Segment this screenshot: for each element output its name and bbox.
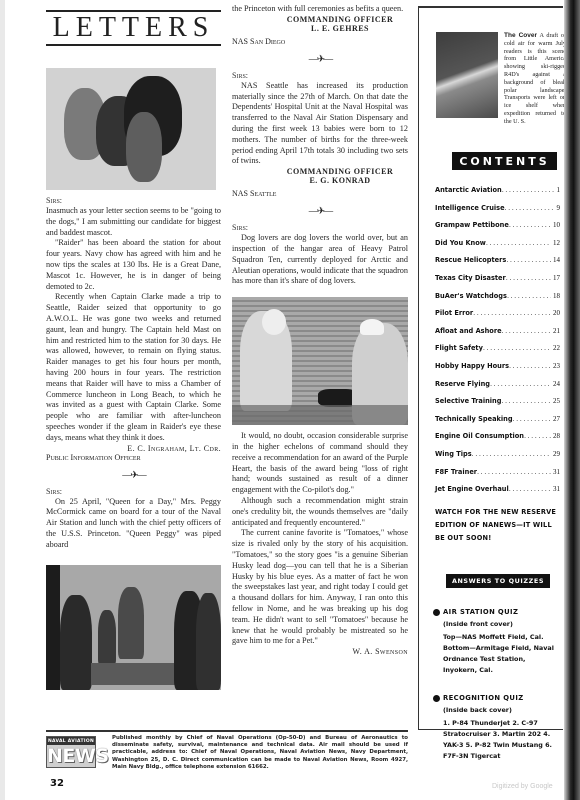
letter-signature: E. C. Ingraham, Lt. Cdr. xyxy=(46,444,221,453)
letter-paragraph: The current canine favorite is "Tomatoes… xyxy=(232,528,408,647)
toc-title: Jet Engine Overhaul xyxy=(435,485,509,493)
toc-page: 1 xyxy=(557,186,561,194)
letter-signature: COMMANDING OFFICER xyxy=(232,15,408,24)
toc-leader xyxy=(506,274,551,282)
section-title: LETTERS xyxy=(53,14,215,42)
toc-title: Wing Tips xyxy=(435,450,472,458)
toc-title: Flight Safety xyxy=(435,344,483,352)
letter-body: Dog lovers are dog lovers the world over… xyxy=(232,233,408,287)
toc-page: 20 xyxy=(553,309,560,317)
toc-page: 12 xyxy=(553,239,560,247)
toc-leader xyxy=(473,309,551,317)
toc-title: Rescue Helicopters xyxy=(435,256,506,264)
toc-leader xyxy=(507,292,551,300)
toc-title: Technically Speaking xyxy=(435,415,513,423)
toc-page: 10 xyxy=(553,221,560,229)
toc-item[interactable]: Intelligence Cruise9 xyxy=(435,204,560,222)
quiz-answer: Top—NAS Moffett Field, Cal. Bottom—Armit… xyxy=(433,632,561,676)
toc-item[interactable]: Flight Safety22 xyxy=(435,344,560,362)
letter-salutation: Sirs: xyxy=(46,487,221,496)
quiz-answer-block: AIR STATION QUIZ (Inside front cover) To… xyxy=(433,608,561,676)
quiz-heading: AIR STATION QUIZ xyxy=(433,608,561,616)
quiz-location: (Inside front cover) xyxy=(433,620,561,628)
letter-salutation: Sirs: xyxy=(232,71,408,80)
toc-page: 28 xyxy=(553,432,560,440)
letter-body: NAS Seattle has increased its production… xyxy=(232,81,408,167)
letter-signature: COMMANDING OFFICER xyxy=(232,167,408,176)
toc-item[interactable]: Selective Training25 xyxy=(435,397,560,415)
cover-label: The Cover xyxy=(504,32,537,39)
toc-page: 21 xyxy=(553,327,560,335)
toc-title: Reserve Flying xyxy=(435,380,490,388)
letter-paragraph: Dog lovers are dog lovers the world over… xyxy=(232,233,408,287)
toc-leader xyxy=(506,256,551,264)
letter-paragraph: On 25 April, "Queen for a Day," Mrs. Peg… xyxy=(46,497,221,551)
toc-item[interactable]: Technically Speaking27 xyxy=(435,415,560,433)
letter-body: It would, no doubt, occasion considerabl… xyxy=(232,431,408,647)
toc-leader xyxy=(490,380,551,388)
digitized-watermark: Digitized by Google xyxy=(492,783,553,790)
logo-top-text: NAVAL AVIATION xyxy=(47,737,95,745)
page-number: 32 xyxy=(50,778,64,789)
cover-photo xyxy=(436,32,498,118)
toc-title: Pilot Error xyxy=(435,309,473,317)
naval-aviation-news-logo: NAVAL AVIATION NEWS xyxy=(46,736,96,768)
toc-title: Hobby Happy Hours xyxy=(435,362,509,370)
plane-ornament-icon: —✈— xyxy=(232,54,408,65)
toc-page: 27 xyxy=(553,415,560,423)
letter-body: the Princeton with full ceremonies as be… xyxy=(232,4,408,15)
toc-page: 31 xyxy=(553,468,560,476)
reserve-edition-notice: WATCH FOR THE NEW RESERVE EDITION OF NAN… xyxy=(435,506,561,545)
letter-salutation: Sirs: xyxy=(232,223,408,232)
quiz-answer-block: RECOGNITION QUIZ (Inside back cover) 1. … xyxy=(433,694,561,762)
plane-ornament-icon: —✈— xyxy=(232,206,408,217)
photo-dogs xyxy=(46,68,216,190)
section-header: LETTERS xyxy=(46,10,221,46)
toc-title: Grampaw Pettibone xyxy=(435,221,509,229)
cover-block: The Cover A draft of cold air for warm J… xyxy=(436,32,566,126)
letter-signature: W. A. Swenson xyxy=(232,647,408,656)
letter-paragraph: the Princeton with full ceremonies as be… xyxy=(232,4,408,15)
toc-title: Selective Training xyxy=(435,397,501,405)
toc-title: Afloat and Ashore xyxy=(435,327,502,335)
contents-title: CONTENTS xyxy=(452,152,557,170)
publication-notice: Published monthly by Chief of Naval Oper… xyxy=(112,735,408,771)
toc-leader xyxy=(509,221,551,229)
toc-leader xyxy=(509,362,551,370)
logo-main-text: NEWS xyxy=(47,745,95,767)
toc-item[interactable]: Did You Know12 xyxy=(435,239,560,257)
toc-item[interactable]: Wing Tips29 xyxy=(435,450,560,468)
toc-page: 24 xyxy=(553,380,560,388)
toc-item[interactable]: Rescue Helicopters14 xyxy=(435,256,560,274)
toc-leader xyxy=(472,450,551,458)
toc-page: 23 xyxy=(553,362,560,370)
toc-leader xyxy=(502,186,555,194)
toc-title: Engine Oil Consumption xyxy=(435,432,524,440)
toc-item[interactable]: F8F Trainer31 xyxy=(435,468,560,486)
toc-leader xyxy=(513,415,551,423)
letter-body: On 25 April, "Queen for a Day," Mrs. Peg… xyxy=(46,497,221,551)
toc-item[interactable]: Antarctic Aviation1 xyxy=(435,186,560,204)
bullet-icon xyxy=(433,695,440,702)
toc-page: 29 xyxy=(553,450,560,458)
quiz-location: (Inside back cover) xyxy=(433,706,561,714)
toc-leader xyxy=(502,327,551,335)
toc-title: Intelligence Cruise xyxy=(435,204,505,212)
toc-page: 14 xyxy=(553,256,560,264)
toc-leader xyxy=(501,397,551,405)
toc-item[interactable]: Reserve Flying24 xyxy=(435,380,560,398)
toc-item[interactable]: Grampaw Pettibone10 xyxy=(435,221,560,239)
toc-page: 9 xyxy=(557,204,561,212)
letter-salutation: Sirs: xyxy=(46,196,221,205)
toc-page: 22 xyxy=(553,344,560,352)
toc-page: 31 xyxy=(553,485,560,493)
toc-page: 25 xyxy=(553,397,560,405)
letter-paragraph: "Raider" has been aboard the station for… xyxy=(46,238,221,292)
toc-title: F8F Trainer xyxy=(435,468,477,476)
toc-title: Antarctic Aviation xyxy=(435,186,502,194)
toc-item[interactable]: Engine Oil Consumption28 xyxy=(435,432,560,450)
quiz-answer: 1. P-84 Thunderjet 2. C-97 Stratocruiser… xyxy=(433,718,561,762)
quiz-title: AIR STATION QUIZ xyxy=(443,608,518,616)
letter-paragraph: Although such a recommendation might str… xyxy=(232,496,408,528)
toc-leader xyxy=(483,344,551,352)
quiz-title: RECOGNITION QUIZ xyxy=(443,694,524,702)
scan-binding-shadow xyxy=(564,0,580,800)
photo-dog-lovers xyxy=(232,297,408,425)
toc-title: BuAer's Watchdogs xyxy=(435,292,507,300)
toc-page: 17 xyxy=(553,274,560,282)
page-edge xyxy=(0,0,5,800)
sidebar: The Cover A draft of cold air for warm J… xyxy=(418,6,563,730)
middle-column: the Princeton with full ceremonies as be… xyxy=(232,4,408,656)
letter-station: NAS San Diego xyxy=(232,37,408,46)
letter-signature-name: L. E. GEHRES xyxy=(232,24,408,33)
letter-paragraph: NAS Seattle has increased its production… xyxy=(232,81,408,167)
letter-station: NAS Seattle xyxy=(232,189,408,198)
toc-item[interactable]: Pilot Error20 xyxy=(435,309,560,327)
toc-leader xyxy=(509,485,551,493)
bullet-icon xyxy=(433,609,440,616)
toc-leader xyxy=(477,468,551,476)
cover-text: A draft of cold air for warm July reader… xyxy=(504,32,566,125)
plane-ornament-icon: —✈— xyxy=(46,470,221,481)
toc-leader xyxy=(524,432,551,440)
toc-leader xyxy=(486,239,551,247)
letter-signature-name: E. G. KONRAD xyxy=(232,176,408,185)
toc-leader xyxy=(505,204,555,212)
toc-item[interactable]: Jet Engine Overhaul31 xyxy=(435,485,560,503)
letter-paragraph: Recently when Captain Clarke made a trip… xyxy=(46,292,221,443)
toc-page: 18 xyxy=(553,292,560,300)
footer-rule xyxy=(46,730,408,732)
left-column: LETTERS Sirs: Inasmuch as your letter se… xyxy=(46,8,221,690)
toc-title: Texas City Disaster xyxy=(435,274,506,282)
letter-paragraph: Inasmuch as your letter section seems to… xyxy=(46,206,221,238)
letter-paragraph: It would, no doubt, occasion considerabl… xyxy=(232,431,408,496)
toc-title: Did You Know xyxy=(435,239,486,247)
photo-queen-peggy xyxy=(46,565,221,690)
table-of-contents: Antarctic Aviation1 Intelligence Cruise9… xyxy=(435,186,560,503)
toc-item[interactable]: BuAer's Watchdogs18 xyxy=(435,292,560,310)
letter-body: Inasmuch as your letter section seems to… xyxy=(46,206,221,444)
toc-item[interactable]: Texas City Disaster17 xyxy=(435,274,560,292)
answers-title: ANSWERS TO QUIZZES xyxy=(446,574,550,588)
toc-item[interactable]: Afloat and Ashore21 xyxy=(435,327,560,345)
letter-signature-title: Public Information Officer xyxy=(46,453,221,462)
quiz-heading: RECOGNITION QUIZ xyxy=(433,694,561,702)
toc-item[interactable]: Hobby Happy Hours23 xyxy=(435,362,560,380)
cover-caption: The Cover A draft of cold air for warm J… xyxy=(504,32,566,126)
